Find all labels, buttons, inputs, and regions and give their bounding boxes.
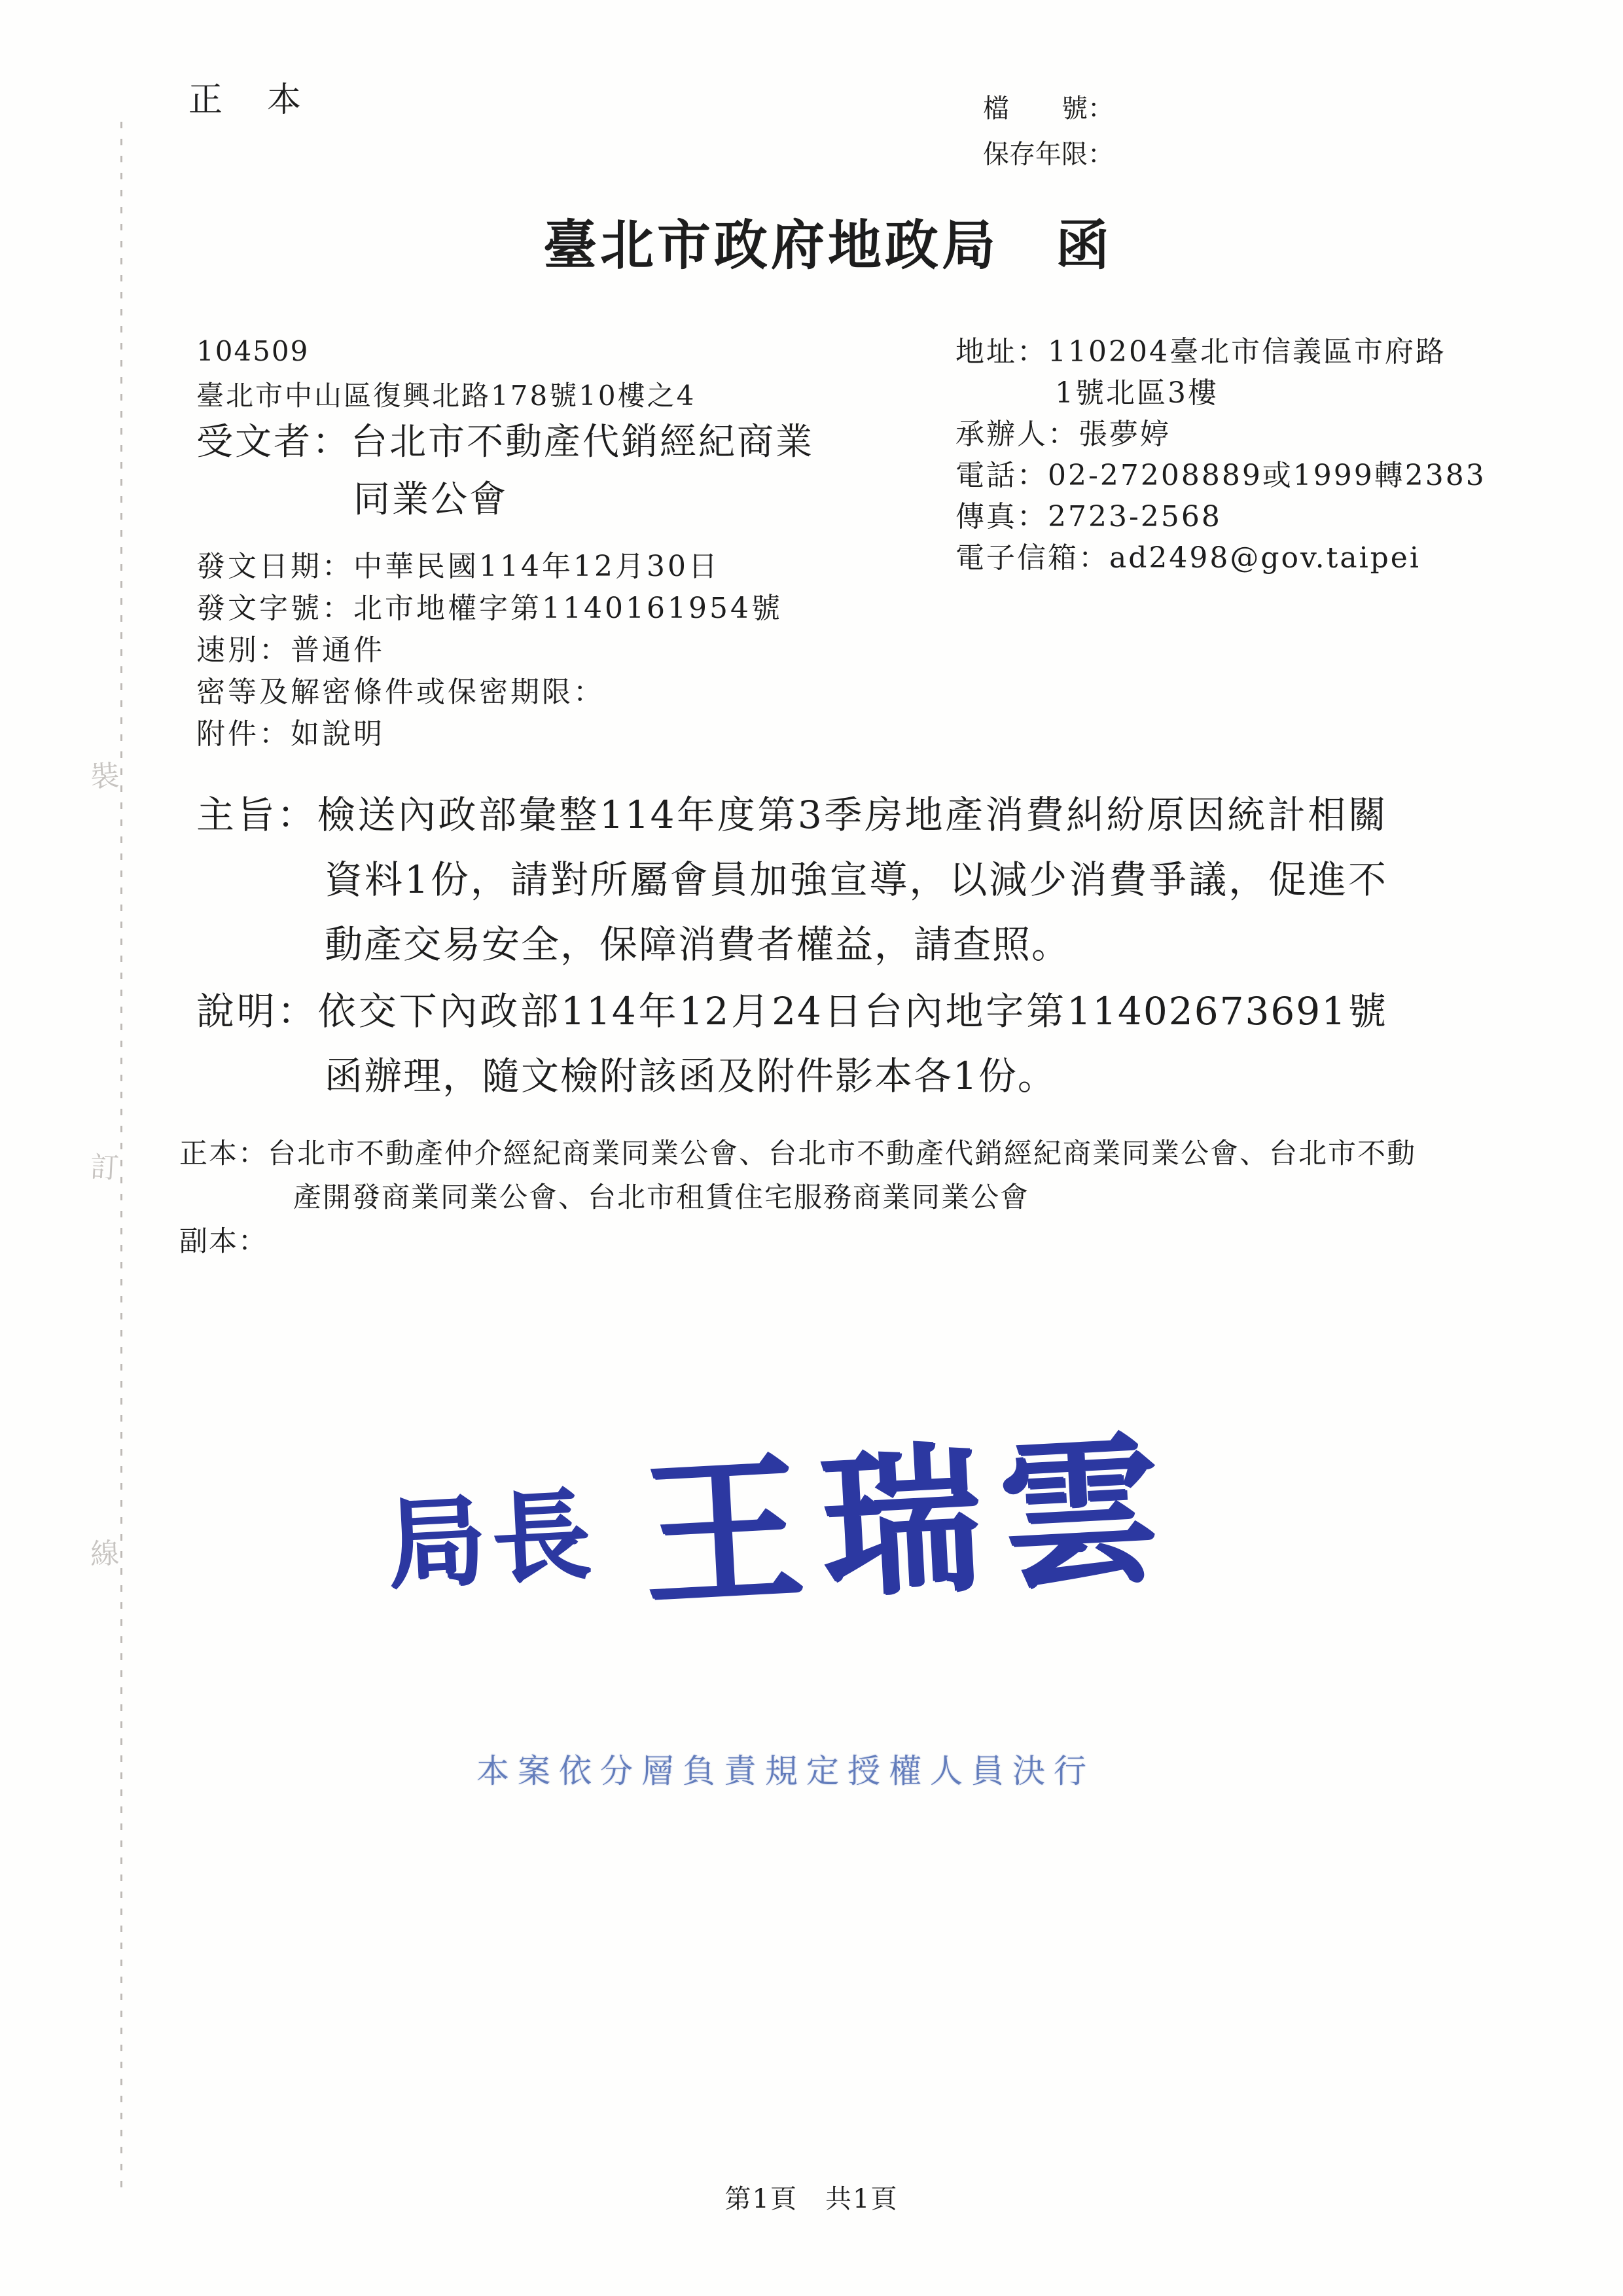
document-title: 臺北市政府地政局 函: [543, 203, 1113, 279]
explanation-paragraph: 說明：依交下內政部114年12月24日台內地字第11402673691號函辦理，…: [196, 979, 1387, 1109]
sender-address: 地址：110204臺北市信義區市府路 1號北區3樓: [955, 331, 1603, 414]
subject-paragraph: 主旨：檢送內政部彙整114年度第3季房地產消費糾紛原因統計相關資料1份，請對所屬…: [196, 783, 1387, 977]
distribution-original: 正本：台北市不動產仲介經紀商業同業公會、台北市不動產代銷經紀商業同業公會、台北市…: [179, 1132, 1436, 1220]
binding-mark-xian: 線: [90, 1530, 120, 1572]
binding-dashed-line: [120, 122, 122, 2195]
retention-period-label: 保存年限：: [983, 134, 1114, 171]
binding-mark-ding: 訂: [89, 1143, 120, 1187]
dispatch-date: 發文日期：中華民國114年12月30日: [196, 546, 982, 588]
sender-contact-block: 地址：110204臺北市信義區市府路 1號北區3樓 承辦人：張夢婷 電話：02-…: [955, 331, 1603, 579]
sender-phone: 電話：02-27208889或1999轉2383: [955, 455, 1603, 496]
copy-type-marker: 正 本: [188, 72, 306, 121]
sender-fax: 傳真：2723-2568: [955, 496, 1603, 537]
distribution-block: 正本：台北市不動產仲介經紀商業同業公會、台北市不動產代銷經紀商業同業公會、台北市…: [179, 1132, 1436, 1264]
official-letter-page: 裝 訂 線 正 本 檔 號： 保存年限： 臺北市政府地政局 函 104509 臺…: [0, 0, 1623, 2296]
distribution-copy-label: 副本：: [179, 1220, 1436, 1264]
addressee-line: 受文者：台北市不動產代銷經紀商業同業公會: [196, 414, 818, 529]
binding-mark-zhuang: 裝: [89, 752, 120, 796]
dispatch-doc-number: 發文字號：北市地權字第1140161954號: [196, 588, 982, 630]
dispatch-meta-block: 發文日期：中華民國114年12月30日 發文字號：北市地權字第114016195…: [196, 546, 982, 755]
sender-address-line1: 地址：110204臺北市信義區市府路: [955, 335, 1446, 368]
file-number-label: 檔 號：: [983, 88, 1114, 125]
dispatch-security: 密等及解密條件或保密期限：: [196, 672, 982, 713]
signature-name: 王瑞雲: [635, 1380, 1183, 1638]
sender-address-line2: 1號北區3樓: [1055, 376, 1219, 410]
sender-officer: 承辦人：張夢婷: [955, 414, 1603, 455]
signature-title: 局長: [383, 1455, 599, 1607]
delegation-authorization-stamp: 本案依分層負責規定授權人員決行: [476, 1745, 1095, 1792]
dispatch-priority: 速別：普通件: [196, 630, 982, 672]
recipient-street-address: 臺北市中山區復興北路178號10樓之4: [196, 374, 696, 414]
dispatch-attachment: 附件：如說明: [196, 713, 982, 755]
recipient-zip-code: 104509: [196, 335, 309, 367]
sender-email: 電子信箱：ad2498@gov.taipei: [955, 537, 1603, 579]
page-number-footer: 第1頁 共1頁: [725, 2178, 899, 2215]
director-signature: 局長 王瑞雲: [381, 1380, 1183, 1652]
